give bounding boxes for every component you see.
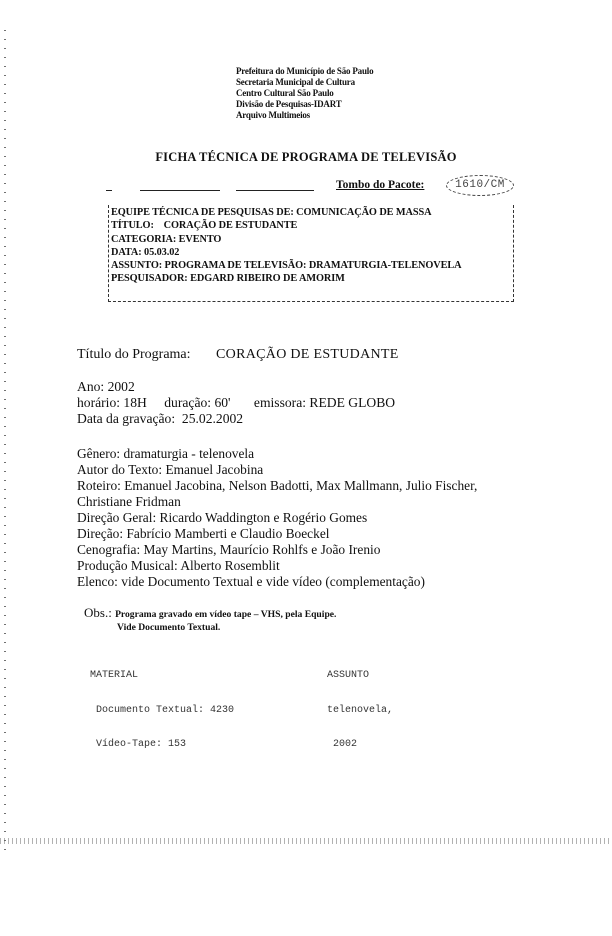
institution-line: Divisão de Pesquisas-IDART	[236, 99, 373, 110]
obs-line-2: Vide Documento Textual.	[117, 622, 220, 633]
team-researcher: PESQUISADOR: EDGARD RIBEIRO DE AMORIM	[111, 272, 461, 285]
team-date: DATA: 05.03.02	[111, 246, 461, 259]
program-schedule-row: horário: 18H duração: 60' emissora: REDE…	[77, 395, 395, 411]
credits-list: Gênero: dramaturgia - telenovela Autor d…	[77, 446, 517, 590]
credit-author: Autor do Texto: Emanuel Jacobina	[77, 462, 517, 478]
credit-cast: Elenco: vide Documento Textual e vide ví…	[77, 574, 517, 590]
assunto-item: 2002	[327, 739, 393, 751]
material-item: Documento Textual: 4230	[90, 705, 234, 717]
material-section: MATERIAL Documento Textual: 4230 Vídeo-T…	[90, 647, 234, 762]
credit-general-direction: Direção Geral: Ricardo Waddington e Rogé…	[77, 510, 517, 526]
program-broadcaster: emissora: REDE GLOBO	[254, 395, 395, 410]
institution-line: Secretaria Municipal de Cultura	[236, 77, 373, 88]
program-recording-date: Data da gravação: 25.02.2002	[77, 411, 395, 427]
obs-line-1: Programa gravado em vídeo tape – VHS, pe…	[115, 609, 336, 620]
team-category: CATEGORIA: EVENTO	[111, 233, 461, 246]
credit-scenography: Cenografia: May Martins, Maurício Rohlfs…	[77, 542, 517, 558]
credit-music-production: Produção Musical: Alberto Rosemblit	[77, 558, 517, 574]
program-duration: duração: 60'	[164, 395, 230, 410]
form-blank-line	[106, 190, 112, 191]
assunto-heading: ASSUNTO	[327, 670, 393, 682]
team-department: EQUIPE TÉCNICA DE PESQUISAS DE: COMUNICA…	[111, 206, 461, 219]
institution-line: Arquivo Multimeios	[236, 110, 373, 121]
material-heading: MATERIAL	[90, 670, 234, 682]
scan-footer-artifact	[0, 838, 612, 844]
obs-label: Obs.:	[84, 605, 112, 620]
credit-direction: Direção: Fabrício Mamberti e Claudio Boe…	[77, 526, 517, 542]
assunto-item: telenovela,	[327, 705, 393, 717]
program-title: Título do Programa: CORAÇÃO DE ESTUDANTE	[77, 347, 399, 363]
team-title: TÍTULO: CORAÇÃO DE ESTUDANTE	[111, 219, 461, 232]
form-blank-line	[236, 190, 314, 191]
document-title: FICHA TÉCNICA DE PROGRAMA DE TELEVISÃO	[0, 150, 612, 165]
assunto-section: ASSUNTO telenovela, 2002	[327, 647, 393, 762]
program-title-label: Título do Programa:	[77, 347, 191, 362]
material-item: Vídeo-Tape: 153	[90, 739, 234, 751]
program-title-value: CORAÇÃO DE ESTUDANTE	[216, 347, 399, 362]
program-time: horário: 18H	[77, 395, 147, 410]
tombo-label: Tombo do Pacote:	[336, 179, 424, 191]
team-box: EQUIPE TÉCNICA DE PESQUISAS DE: COMUNICA…	[111, 206, 461, 286]
institution-line: Centro Cultural São Paulo	[236, 88, 373, 99]
form-blank-line	[140, 190, 220, 191]
program-details: Ano: 2002 horário: 18H duração: 60' emis…	[77, 379, 395, 427]
tombo-stamp: 1610/CM	[446, 175, 514, 196]
credit-genre: Gênero: dramaturgia - telenovela	[77, 446, 517, 462]
credit-script: Roteiro: Emanuel Jacobina, Nelson Badott…	[77, 478, 517, 510]
program-year: Ano: 2002	[77, 379, 395, 395]
institution-line: Prefeitura do Município de São Paulo	[236, 66, 373, 77]
observation: Obs.: Programa gravado em vídeo tape – V…	[84, 605, 336, 621]
team-subject: ASSUNTO: PROGRAMA DE TELEVISÃO: DRAMATUR…	[111, 259, 461, 272]
institution-header: Prefeitura do Município de São Paulo Sec…	[236, 66, 373, 121]
